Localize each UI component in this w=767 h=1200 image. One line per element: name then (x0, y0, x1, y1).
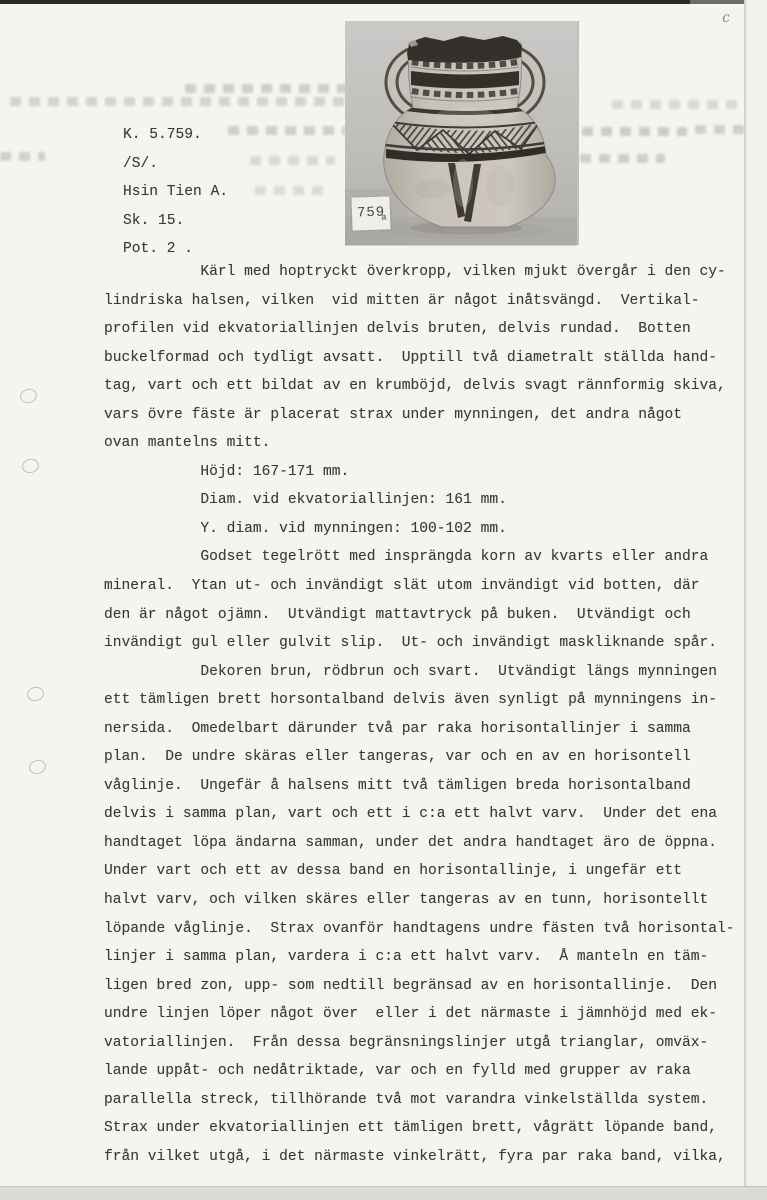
body-line: linjer i samma plan, vardera i c:a ett h… (104, 943, 735, 972)
handwritten-corner-mark: c (721, 10, 730, 27)
scan-right-margin (746, 0, 767, 1200)
body-line: ett tämligen brett horsontalband delvis … (104, 686, 735, 715)
punch-hole (28, 758, 48, 776)
bleedthrough-smudge (250, 156, 335, 165)
body-line: buckelformad och tydligt avsatt. Upptill… (104, 344, 735, 373)
photo-label: 759 a (351, 196, 390, 230)
body-line: delvis i samma plan, vart och ett i c:a … (104, 800, 735, 829)
body-line: undre linjen löper något över eller i de… (104, 1000, 735, 1029)
punch-hole (26, 685, 46, 703)
bleedthrough-smudge (10, 97, 355, 106)
bleedthrough-smudge (228, 126, 346, 135)
body-line: ovan mantelns mitt. (104, 429, 735, 458)
body-line: vatoriallinjen. Från dessa begränsningsl… (104, 1029, 735, 1058)
body-line: våglinje. Ungefär å halsens mitt två täm… (104, 772, 735, 801)
bleedthrough-smudge (612, 100, 742, 109)
body-line: halvt varv, och vilken skäres eller tang… (104, 886, 735, 915)
body-line: Strax under ekvatoriallinjen ett tämlige… (104, 1114, 735, 1143)
header-line: Sk. 15. (123, 207, 228, 236)
scan-top-edge (0, 0, 767, 4)
punch-hole (21, 457, 41, 475)
body-line: den är något ojämn. Utvändigt mattavtryc… (104, 601, 735, 630)
body-line: profilen vid ekvatoriallinjen delvis bru… (104, 315, 735, 344)
punch-hole (19, 387, 39, 405)
header-line: Hsin Tien A. (123, 178, 228, 207)
body-line: Dekoren brun, rödbrun och svart. Utvändi… (104, 658, 735, 687)
body-line: mineral. Ytan ut- och invändigt slät uto… (104, 572, 735, 601)
body-line: vars övre fäste är placerat strax under … (104, 401, 735, 430)
body-line: invändigt gul eller gulvit slip. Ut- och… (104, 629, 735, 658)
body-line: plan. De undre skäras eller tangeras, va… (104, 743, 735, 772)
body-line: handtaget löpa ändarna samman, under det… (104, 829, 735, 858)
body-line: lindriska halsen, vilken vid mitten är n… (104, 287, 735, 316)
scanned-catalog-page: c (0, 0, 767, 1200)
description-text: Kärl med hoptryckt överkropp, vilken mju… (104, 258, 735, 1172)
bleedthrough-smudge (582, 127, 687, 136)
body-line: Godset tegelrött med insprängda korn av … (104, 543, 735, 572)
catalog-header: K. 5.759./S/.Hsin Tien A.Sk. 15.Pot. 2 . (123, 121, 228, 264)
photo-label-suffix: a (381, 212, 387, 222)
bleedthrough-smudge (0, 152, 45, 161)
body-line: Diam. vid ekvatoriallinjen: 161 mm. (104, 486, 735, 515)
bleedthrough-smudge (580, 154, 665, 163)
body-line: Höjd: 167-171 mm. (104, 458, 735, 487)
header-line: K. 5.759. (123, 121, 228, 150)
body-line: lande uppåt- och nedåtriktade, var och e… (104, 1057, 735, 1086)
body-line: parallella streck, tillhörande två mot v… (104, 1086, 735, 1115)
header-line: /S/. (123, 150, 228, 179)
body-line: Kärl med hoptryckt överkropp, vilken mju… (104, 258, 735, 287)
body-line: från vilket utgå, i det närmaste vinkelr… (104, 1143, 735, 1172)
body-line: Under vart och ett av dessa band en hori… (104, 857, 735, 886)
body-line: tag, vart och ett bildat av en krumböjd,… (104, 372, 735, 401)
body-line: löpande våglinje. Strax ovanför handtage… (104, 915, 735, 944)
artifact-photo: 759 a (345, 21, 577, 245)
scan-bottom-edge (0, 1186, 767, 1200)
bleedthrough-smudge (255, 186, 325, 195)
body-line: Y. diam. vid mynningen: 100-102 mm. (104, 515, 735, 544)
body-line: ligen bred zon, upp- som nedtill begräns… (104, 972, 735, 1001)
body-line: nersida. Omedelbart därunder två par rak… (104, 715, 735, 744)
